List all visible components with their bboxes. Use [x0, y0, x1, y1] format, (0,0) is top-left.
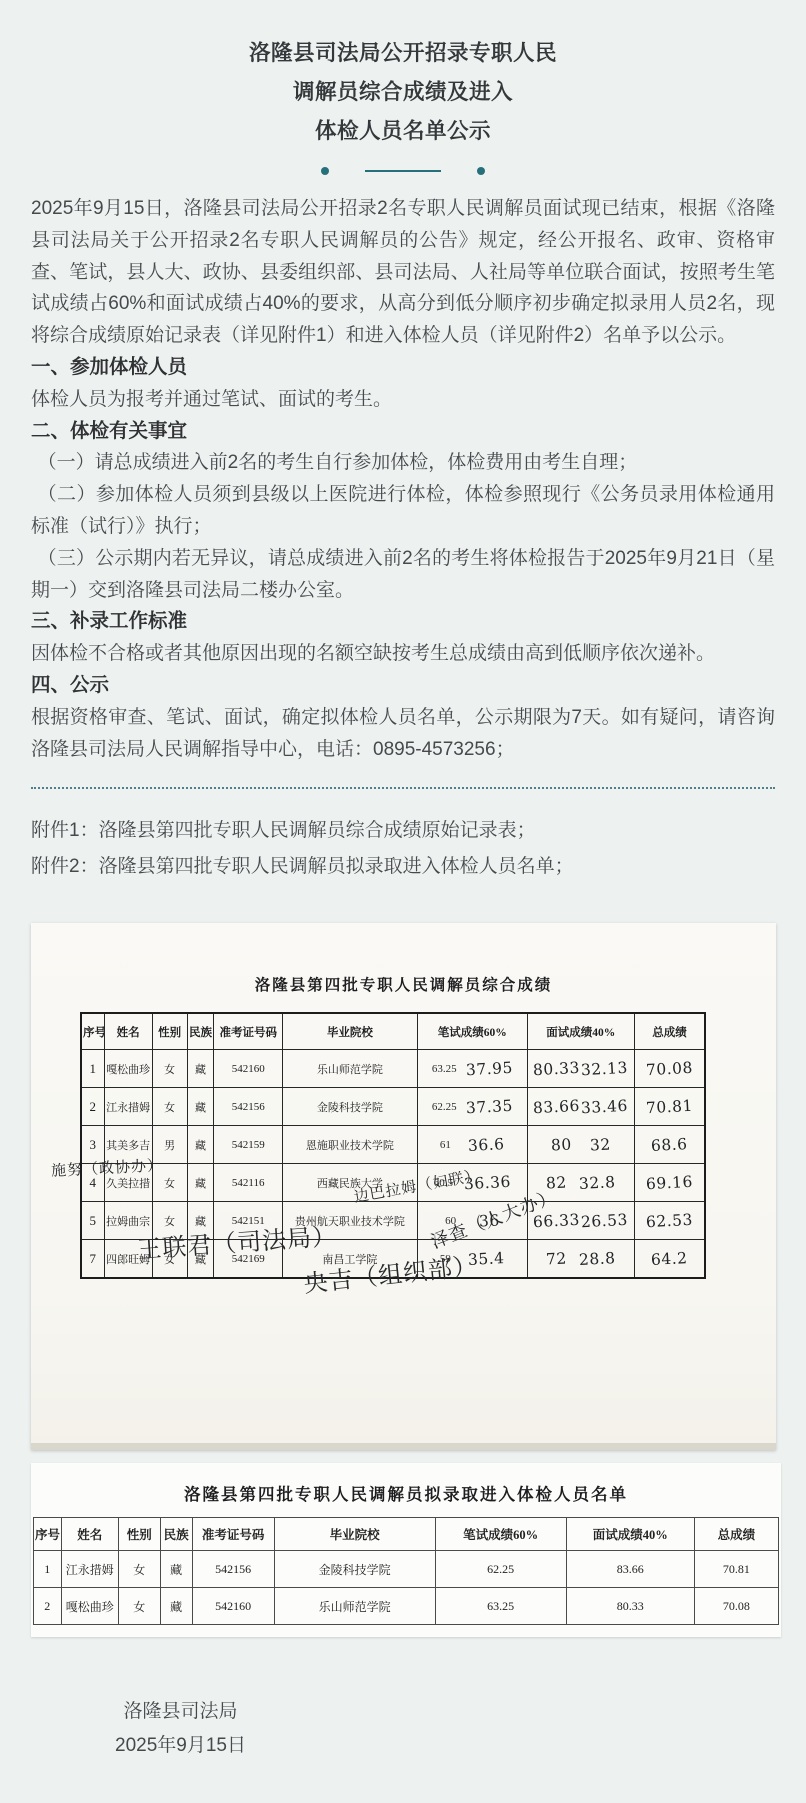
cell-sex: 女	[152, 1050, 187, 1088]
section-1-paragraph: 体检人员为报考并通过笔试、面试的考生。	[31, 384, 775, 416]
cell-interview-score: 72 28.8	[527, 1240, 634, 1279]
cell-total-score: 70.81	[694, 1551, 778, 1588]
cell-ticket-number: 542160	[214, 1050, 283, 1088]
cell-school: 金陵科技学院	[274, 1551, 435, 1588]
interview-weighted-handwritten: 28.8	[579, 1249, 616, 1269]
cell-written-score: 62.25	[435, 1551, 566, 1588]
column-header: 毕业院校	[274, 1518, 435, 1551]
table-row: 1 嘎松曲珍 女 藏 542160 乐山师范学院 63.25 37.95	[81, 1050, 705, 1088]
cell-ticket-number: 542159	[214, 1126, 283, 1164]
cell-seq: 1	[34, 1551, 62, 1588]
interview-weighted-handwritten: 32	[589, 1135, 611, 1154]
cell-ethnic: 藏	[187, 1126, 214, 1164]
column-header: 姓名	[104, 1013, 152, 1050]
divider-line	[365, 170, 441, 172]
cell-written-score: 61 36.6	[417, 1126, 527, 1164]
column-header: 性别	[118, 1518, 160, 1551]
cell-name: 江永措姆	[61, 1551, 118, 1588]
total-score-handwritten: 70.81	[646, 1097, 694, 1117]
document-footer: 洛隆县司法局 2025年9月15日	[115, 1695, 246, 1763]
cell-interview-score: 80.33	[566, 1588, 694, 1625]
interview-weighted-handwritten: 26.53	[581, 1211, 629, 1231]
table-header-row: 序号姓名性别民族准考证号码毕业院校笔试成绩60%面试成绩40%总成绩	[81, 1013, 705, 1050]
table-row: 3 其美多吉 男 藏 542159 恩施职业技术学院 61 36.6	[81, 1126, 705, 1164]
column-header: 序号	[81, 1013, 104, 1050]
cell-ethnic: 藏	[160, 1551, 192, 1588]
interview-weighted-handwritten: 32.8	[579, 1173, 616, 1193]
dotted-divider	[31, 787, 775, 789]
section-2-item-2: （二）参加体检人员须到县级以上医院进行体检，体检参照现行《公务员录用体检通用标准…	[31, 479, 775, 543]
cell-ticket-number: 542156	[192, 1551, 274, 1588]
cell-written-score: 62.25 37.35	[417, 1088, 527, 1126]
cell-sex: 女	[152, 1088, 187, 1126]
interview-weighted-handwritten: 33.46	[581, 1097, 629, 1117]
cell-total-score: 70.08	[634, 1050, 705, 1088]
divider-dot-icon	[477, 167, 485, 175]
column-header: 毕业院校	[283, 1013, 418, 1050]
written-score-printed: 61	[440, 1139, 451, 1151]
cell-seq: 5	[81, 1202, 104, 1240]
cell-ethnic: 藏	[187, 1164, 214, 1202]
table-header-row: 序号姓名性别民族准考证号码毕业院校笔试成绩60%面试成绩40%总成绩	[34, 1518, 779, 1551]
scan-table-title: 洛隆县第四批专职人民调解员综合成绩	[31, 973, 776, 995]
intro-paragraph: 2025年9月15日，洛隆县司法局公开招录2名专职人民调解员面试现已结束，根据《…	[31, 193, 775, 352]
cell-ticket-number: 542116	[214, 1164, 283, 1202]
cell-seq: 1	[81, 1050, 104, 1088]
shortlist-table-title: 洛隆县第四批专职人民调解员拟录取进入体检人员名单	[31, 1481, 781, 1505]
cell-school: 乐山师范学院	[274, 1588, 435, 1625]
announcement-document: 洛隆县司法局公开招录专职人民 调解员综合成绩及进入 体检人员名单公示 2025年…	[0, 0, 806, 1803]
scanned-score-sheet: 洛隆县第四批专职人民调解员综合成绩 序号姓名性别民族准考证号码毕业院校笔试成绩6…	[31, 923, 776, 1450]
cell-total-score: 69.16	[634, 1164, 705, 1202]
page-title-line-2: 调解员综合成绩及进入	[31, 73, 775, 112]
column-header: 准考证号码	[192, 1518, 274, 1551]
cell-total-score: 62.53	[634, 1202, 705, 1240]
divider-dot-icon	[321, 167, 329, 175]
cell-name: 嘎松曲珍	[104, 1050, 152, 1088]
column-header: 性别	[152, 1013, 187, 1050]
column-header: 面试成绩40%	[527, 1013, 634, 1050]
section-heading-2: 二、体检有关事宜	[31, 416, 775, 448]
interview-score-handwritten: 83.66	[533, 1097, 581, 1117]
cell-school: 金陵科技学院	[283, 1088, 418, 1126]
shortlist-sheet: 洛隆县第四批专职人民调解员拟录取进入体检人员名单 序号姓名性别民族准考证号码毕业…	[31, 1463, 781, 1637]
cell-interview-score: 83.66 33.46	[527, 1088, 634, 1126]
cell-interview-score: 80.33 32.13	[527, 1050, 634, 1088]
section-heading-1: 一、参加体检人员	[31, 352, 775, 384]
section-2-item-1: （一）请总成绩进入前2名的考生自行参加体检，体检费用由考生自理；	[31, 447, 775, 479]
cell-total-score: 70.08	[694, 1588, 778, 1625]
interview-score-handwritten: 80	[550, 1135, 572, 1154]
cell-ticket-number: 542160	[192, 1588, 274, 1625]
written-score-handwritten: 37.95	[465, 1059, 513, 1079]
interview-score-handwritten: 72	[545, 1249, 567, 1268]
table-row: 1 江永措姆 女 藏 542156 金陵科技学院 62.25 83.66 70.…	[34, 1551, 779, 1588]
cell-ethnic: 藏	[187, 1050, 214, 1088]
written-score-handwritten: 36.6	[468, 1135, 505, 1155]
table-row: 2 嘎松曲珍 女 藏 542160 乐山师范学院 63.25 80.33 70.…	[34, 1588, 779, 1625]
column-header: 准考证号码	[214, 1013, 283, 1050]
column-header: 总成绩	[634, 1013, 705, 1050]
page-title-line-3: 体检人员名单公示	[31, 112, 775, 151]
section-heading-3: 三、补录工作标准	[31, 606, 775, 638]
cell-interview-score: 83.66	[566, 1551, 694, 1588]
cell-total-score: 64.2	[634, 1240, 705, 1279]
cell-ticket-number: 542156	[214, 1088, 283, 1126]
cell-ethnic: 藏	[160, 1588, 192, 1625]
column-header: 民族	[187, 1013, 214, 1050]
section-3-paragraph: 因体检不合格或者其他原因出现的名额空缺按考生总成绩由高到低顺序依次递补。	[31, 638, 775, 670]
column-header: 姓名	[61, 1518, 118, 1551]
total-score-handwritten: 68.6	[651, 1135, 688, 1155]
column-header: 笔试成绩60%	[435, 1518, 566, 1551]
issuing-organization: 洛隆县司法局	[115, 1695, 246, 1729]
section-heading-4: 四、公示	[31, 670, 775, 702]
column-header: 序号	[34, 1518, 62, 1551]
attachments-list: 附件1：洛隆县第四批专职人民调解员综合成绩原始记录表； 附件2：洛隆县第四批专职…	[31, 813, 775, 885]
cell-ethnic: 藏	[187, 1088, 214, 1126]
cell-interview-score: 80 32	[527, 1126, 634, 1164]
written-score-printed: 62.25	[432, 1101, 457, 1113]
cell-seq: 7	[81, 1240, 104, 1279]
column-header: 面试成绩40%	[566, 1518, 694, 1551]
cell-school: 乐山师范学院	[283, 1050, 418, 1088]
column-header: 总成绩	[694, 1518, 778, 1551]
column-header: 民族	[160, 1518, 192, 1551]
total-score-handwritten: 64.2	[651, 1249, 688, 1269]
interview-score-handwritten: 80.33	[533, 1059, 581, 1079]
table-row: 2 江永措姆 女 藏 542156 金陵科技学院 62.25 37.35	[81, 1088, 705, 1126]
cell-written-score: 63.25	[435, 1588, 566, 1625]
page-title: 洛隆县司法局公开招录专职人民 调解员综合成绩及进入 体检人员名单公示	[31, 34, 775, 151]
shortlist-table: 序号姓名性别民族准考证号码毕业院校笔试成绩60%面试成绩40%总成绩 1 江永措…	[33, 1517, 779, 1625]
decorative-divider	[31, 163, 775, 179]
written-score-handwritten: 37.35	[465, 1097, 513, 1117]
cell-name: 江永措姆	[104, 1088, 152, 1126]
section-2-item-3: （三）公示期内若无异议，请总成绩进入前2名的考生将体检报告于2025年9月21日…	[31, 543, 775, 607]
cell-seq: 2	[34, 1588, 62, 1625]
section-4-paragraph: 根据资格审查、笔试、面试，确定拟体检人员名单，公示期限为7天。如有疑问，请咨询洛…	[31, 702, 775, 766]
total-score-handwritten: 69.16	[646, 1173, 694, 1193]
cell-total-score: 68.6	[634, 1126, 705, 1164]
total-score-handwritten: 70.08	[646, 1059, 694, 1079]
attachment-2-label: 附件2：洛隆县第四批专职人民调解员拟录取进入体检人员名单；	[31, 849, 775, 885]
cell-seq: 2	[81, 1088, 104, 1126]
cell-sex: 女	[118, 1588, 160, 1625]
cell-sex: 女	[118, 1551, 160, 1588]
cell-school: 恩施职业技术学院	[283, 1126, 418, 1164]
cell-written-score: 63.25 37.95	[417, 1050, 527, 1088]
issue-date: 2025年9月15日	[115, 1729, 246, 1763]
total-score-handwritten: 62.53	[646, 1211, 694, 1231]
written-score-printed: 63.25	[432, 1063, 457, 1075]
interview-weighted-handwritten: 32.13	[581, 1059, 629, 1079]
attachment-1-label: 附件1：洛隆县第四批专职人民调解员综合成绩原始记录表；	[31, 813, 775, 849]
column-header: 笔试成绩60%	[417, 1013, 527, 1050]
page-title-line-1: 洛隆县司法局公开招录专职人民	[31, 34, 775, 73]
cell-name: 嘎松曲珍	[61, 1588, 118, 1625]
cell-total-score: 70.81	[634, 1088, 705, 1126]
